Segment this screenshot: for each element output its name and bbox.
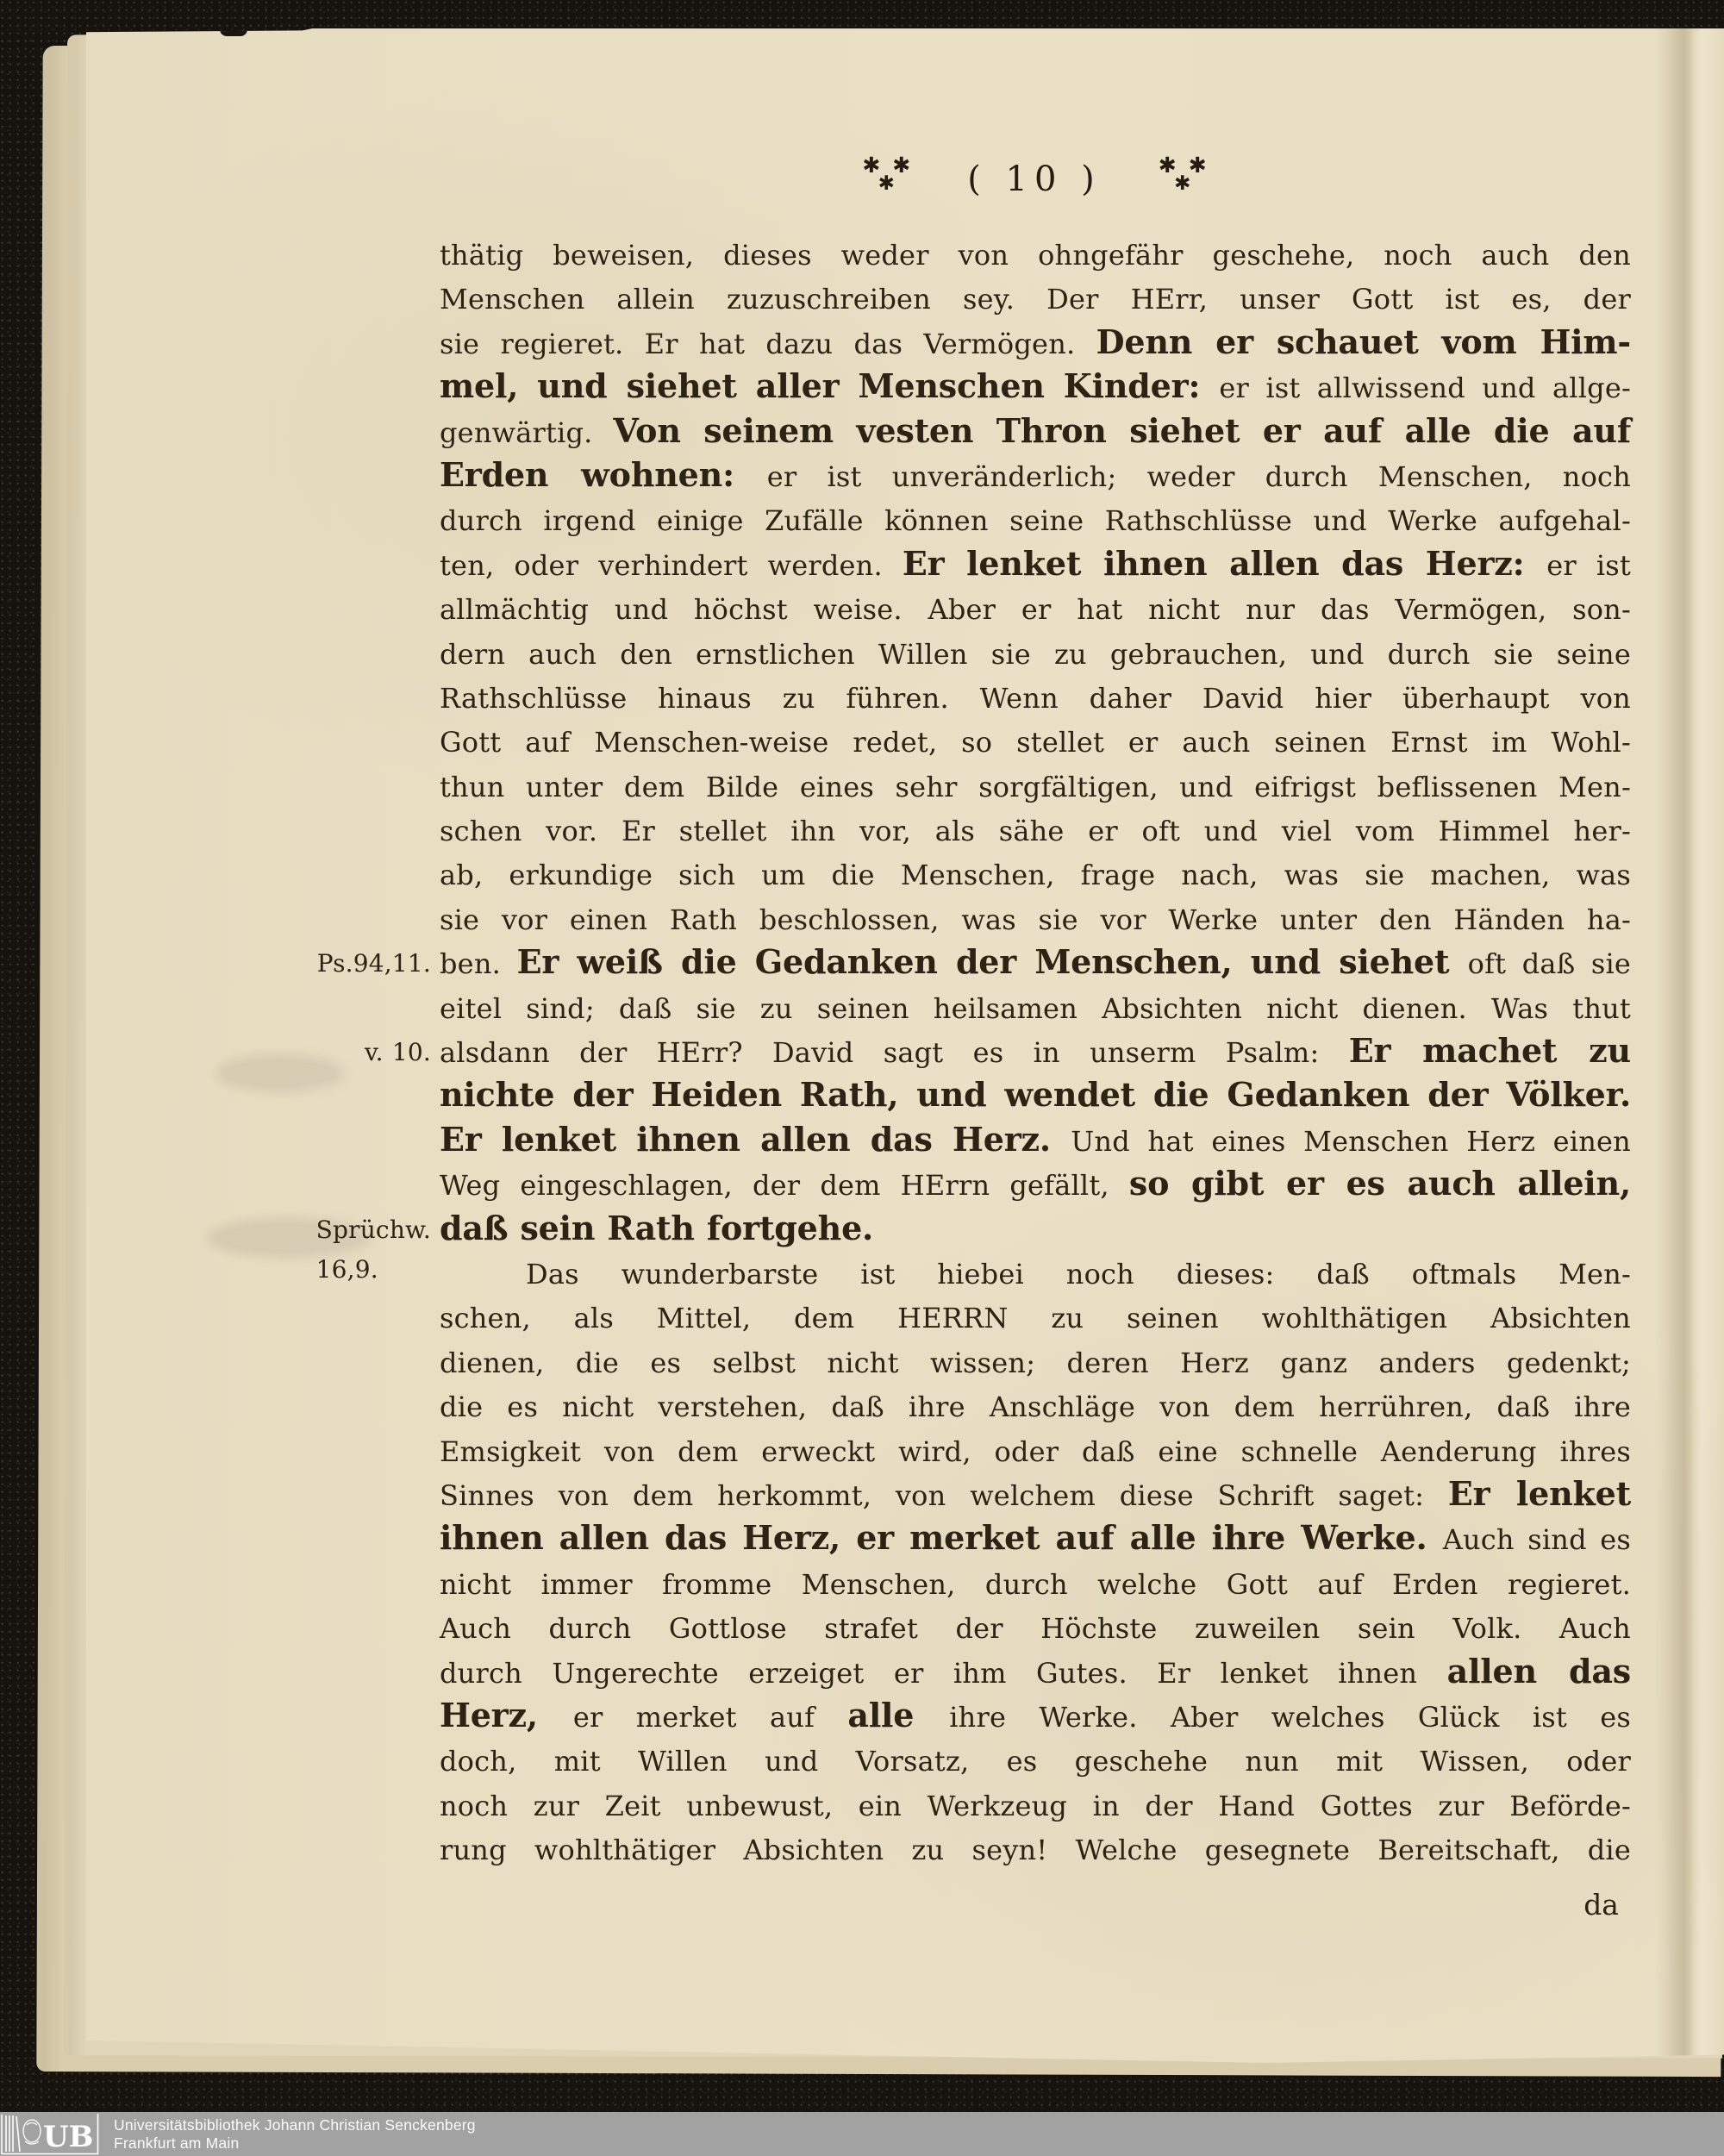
page-header: ✱✱ ✱ ( 10 ) ✱✱ ✱ — [440, 154, 1629, 203]
ub-logo-graphic: UB — [0, 2112, 102, 2156]
text-segment: Rathschlüsse hinaus zu führen. Wenn dahe… — [440, 682, 1631, 715]
scanned-book-screen: ✱✱ ✱ ( 10 ) ✱✱ ✱ thätig beweisen, dieses… — [0, 0, 1724, 2156]
ub-logo-text: UB — [43, 2120, 93, 2154]
text-segment: schen vor. Er stellet ihn vor, als sähe … — [440, 815, 1631, 847]
text-line: Ps.94,11.ben. Er weiß die Gedanken der M… — [440, 942, 1631, 986]
text-line: Rathschlüsse hinaus zu führen. Wenn dahe… — [440, 677, 1631, 721]
text-segment: so gibt er es auch allein, — [1129, 1164, 1631, 1203]
text-segment: durch Ungerechte erzeiget er ihm Gutes. … — [440, 1657, 1447, 1690]
text-line: v. 10.alsdann der HErr? David sagt es in… — [440, 1031, 1631, 1075]
text-segment: Sinnes von dem herkommt, von welchem die… — [440, 1479, 1448, 1512]
text-segment: ab, erkundige sich um die Menschen, frag… — [440, 859, 1631, 891]
text-segment: die es nicht verstehen, daß ihre Anschlä… — [440, 1390, 1631, 1423]
text-segment: Er lenket ihnen allen das Herz. — [440, 1120, 1071, 1159]
text-segment: ihnen allen das Herz, er merket auf alle… — [440, 1518, 1443, 1557]
text-line: Auch durch Gottlose strafet der Höchste … — [440, 1607, 1631, 1651]
text-segment: oft daß sie — [1468, 947, 1631, 980]
text-line: thätig beweisen, dieses weder von ohngef… — [440, 234, 1631, 278]
page-number: ( 10 ) — [967, 156, 1102, 203]
asterism-ornament-left: ✱✱ ✱ — [850, 154, 922, 194]
asterism-bottom-row: ✱ — [878, 174, 895, 194]
text-segment: nicht immer fromme Menschen, durch welch… — [440, 1568, 1631, 1601]
text-line: eitel sind; daß sie zu seinen heilsamen … — [440, 987, 1631, 1031]
page-edge-notch — [220, 28, 247, 36]
text-line: doch, mit Willen und Vorsatz, es gescheh… — [440, 1740, 1631, 1784]
margin-note: Sprüchw.16,9. — [316, 1210, 431, 1290]
text-segment: mel, und siehet aller Menschen Kinder: — [440, 366, 1219, 405]
text-segment: ten, oder verhindert werden. — [440, 549, 903, 582]
text-segment: Und hat eines Menschen Herz einen — [1071, 1125, 1631, 1158]
margin-note: v. 10. — [365, 1033, 431, 1072]
ink-bleedthrough-smudge — [215, 1054, 345, 1092]
text-segment: Herz, — [440, 1696, 573, 1734]
text-segment: genwärtig. — [440, 416, 613, 449]
text-line: genwärtig. Von seinem vesten Thron siehe… — [440, 411, 1631, 455]
text-segment: sie vor einen Rath beschlossen, was sie … — [440, 903, 1631, 936]
text-line: Sprüchw.16,9.daß sein Rath fortgehe. — [440, 1209, 1631, 1253]
text-line: dern auch den ernstlichen Willen sie zu … — [440, 633, 1631, 677]
text-segment: durch irgend einige Zufälle können seine… — [440, 504, 1631, 537]
text-segment: Auch sind es — [1443, 1523, 1631, 1556]
text-segment: er ist allwissend und allge- — [1219, 372, 1631, 404]
text-segment: alsdann der HErr? David sagt es in unser… — [440, 1036, 1349, 1069]
text-segment: Denn er schauet vom Him- — [1096, 322, 1631, 361]
text-segment: Er machet zu — [1349, 1031, 1631, 1070]
text-line: Gott auf Menschen-weise redet, so stelle… — [440, 721, 1631, 765]
text-line: sie vor einen Rath beschlossen, was sie … — [440, 898, 1631, 942]
text-segment: schen, als Mittel, dem HERRN zu seinen w… — [440, 1302, 1631, 1334]
text-line: dienen, die es selbst nicht wissen; dere… — [440, 1341, 1631, 1385]
text-line: sie regieret. Er hat dazu das Vermögen. … — [440, 322, 1631, 366]
text-line: Herz, er merket auf alle ihre Werke. Abe… — [440, 1696, 1631, 1740]
text-line: durch irgend einige Zufälle können seine… — [440, 499, 1631, 543]
text-segment: thun unter dem Bilde eines sehr sorgfält… — [440, 771, 1631, 803]
text-line: Menschen allein zuzuschreiben sey. Der H… — [440, 278, 1631, 322]
text-line: allmächtig und höchst weise. Aber er hat… — [440, 588, 1631, 632]
text-segment: Das wunderbarste ist hiebei noch dieses:… — [526, 1258, 1631, 1290]
ub-library-logo: UB — [0, 2112, 102, 2156]
text-segment: Gott auf Menschen-weise redet, so stelle… — [440, 726, 1631, 759]
library-name-line2: Frankfurt am Main — [114, 2134, 476, 2153]
text-segment: thätig beweisen, dieses weder von ohngef… — [440, 239, 1631, 272]
book-pages-icon — [6, 2115, 20, 2152]
text-segment: doch, mit Willen und Vorsatz, es gescheh… — [440, 1745, 1631, 1778]
text-segment: allen das — [1447, 1652, 1631, 1690]
text-segment: Menschen allein zuzuschreiben sey. Der H… — [440, 283, 1631, 316]
text-line: nichte der Heiden Rath, und wendet die G… — [440, 1075, 1631, 1119]
asterism-bottom-row: ✱ — [1174, 174, 1190, 194]
catchword: da — [440, 1883, 1631, 1927]
text-segment: dern auch den ernstlichen Willen sie zu … — [440, 638, 1631, 671]
text-line: die es nicht verstehen, daß ihre Anschlä… — [440, 1385, 1631, 1429]
library-name-line1: Universitätsbibliothek Johann Christian … — [114, 2116, 476, 2134]
text-segment: eitel sind; daß sie zu seinen heilsamen … — [440, 992, 1631, 1025]
text-segment: rung wohlthätiger Absichten zu seyn! Wel… — [440, 1834, 1631, 1866]
text-segment: Von seinem vesten Thron siehet er auf al… — [613, 411, 1631, 450]
library-footer-bar: UB Universitätsbibliothek Johann Christi… — [0, 2112, 1724, 2156]
text-segment: Auch durch Gottlose strafet der Höchste … — [440, 1612, 1631, 1645]
text-line: Erden wohnen: er ist unveränderlich; wed… — [440, 455, 1631, 499]
text-segment: ihre Werke. Aber welches Glück ist es — [949, 1701, 1631, 1734]
text-block: thätig beweisen, dieses weder von ohngef… — [440, 234, 1631, 1927]
text-line: ihnen allen das Herz, er merket auf alle… — [440, 1518, 1631, 1562]
text-segment: alle — [847, 1696, 949, 1734]
text-line: Weg eingeschlagen, der dem HErrn gefällt… — [440, 1164, 1631, 1208]
text-segment: noch zur Zeit unbewust, ein Werkzeug in … — [440, 1790, 1631, 1822]
goethe-portrait-icon — [23, 2120, 41, 2144]
text-line: nicht immer fromme Menschen, durch welch… — [440, 1563, 1631, 1607]
book-page: ✱✱ ✱ ( 10 ) ✱✱ ✱ thätig beweisen, dieses… — [86, 28, 1724, 2063]
text-line: ten, oder verhindert werden. Er lenket i… — [440, 544, 1631, 588]
text-segment: nichte der Heiden Rath, und wendet die G… — [440, 1075, 1631, 1114]
text-segment: allmächtig und höchst weise. Aber er hat… — [440, 593, 1631, 626]
text-segment: sie regieret. Er hat dazu das Vermögen. — [440, 328, 1096, 360]
text-segment: Weg eingeschlagen, der dem HErrn gefällt… — [440, 1169, 1129, 1202]
text-line: Sinnes von dem herkommt, von welchem die… — [440, 1474, 1631, 1518]
margin-note: Ps.94,11. — [317, 944, 431, 984]
text-segment: Erden wohnen: — [440, 455, 767, 494]
text-segment: er merket auf — [573, 1701, 848, 1734]
library-name: Universitätsbibliothek Johann Christian … — [114, 2116, 476, 2153]
text-line: Emsigkeit von dem erweckt wird, oder daß… — [440, 1430, 1631, 1474]
text-segment: Er weiß die Gedanken der Menschen, und s… — [517, 942, 1468, 981]
text-line: schen vor. Er stellet ihn vor, als sähe … — [440, 809, 1631, 853]
text-segment: Emsigkeit von dem erweckt wird, oder daß… — [440, 1435, 1631, 1468]
text-segment: Er lenket ihnen allen das Herz: — [903, 544, 1546, 583]
text-segment: daß sein Rath fortgehe. — [440, 1209, 873, 1247]
text-line: Er lenket ihnen allen das Herz. Und hat … — [440, 1120, 1631, 1164]
text-line: mel, und siehet aller Menschen Kinder: e… — [440, 366, 1631, 410]
text-segment: er ist — [1546, 549, 1631, 582]
text-segment: ben. — [440, 947, 517, 980]
page-fold-crease — [1655, 28, 1724, 2063]
text-line: noch zur Zeit unbewust, ein Werkzeug in … — [440, 1784, 1631, 1828]
text-line: rung wohlthätiger Absichten zu seyn! Wel… — [440, 1828, 1631, 1872]
text-line: Das wunderbarste ist hiebei noch dieses:… — [440, 1253, 1631, 1297]
text-line: schen, als Mittel, dem HERRN zu seinen w… — [440, 1297, 1631, 1340]
text-line: ab, erkundige sich um die Menschen, frag… — [440, 853, 1631, 897]
text-segment: Er lenket — [1448, 1474, 1631, 1513]
text-segment: dienen, die es selbst nicht wissen; dere… — [440, 1347, 1631, 1379]
text-segment: er ist unveränderlich; weder durch Mensc… — [767, 460, 1631, 493]
text-line: durch Ungerechte erzeiget er ihm Gutes. … — [440, 1652, 1631, 1696]
text-line: thun unter dem Bilde eines sehr sorgfält… — [440, 766, 1631, 809]
asterism-ornament-right: ✱✱ ✱ — [1146, 154, 1219, 194]
